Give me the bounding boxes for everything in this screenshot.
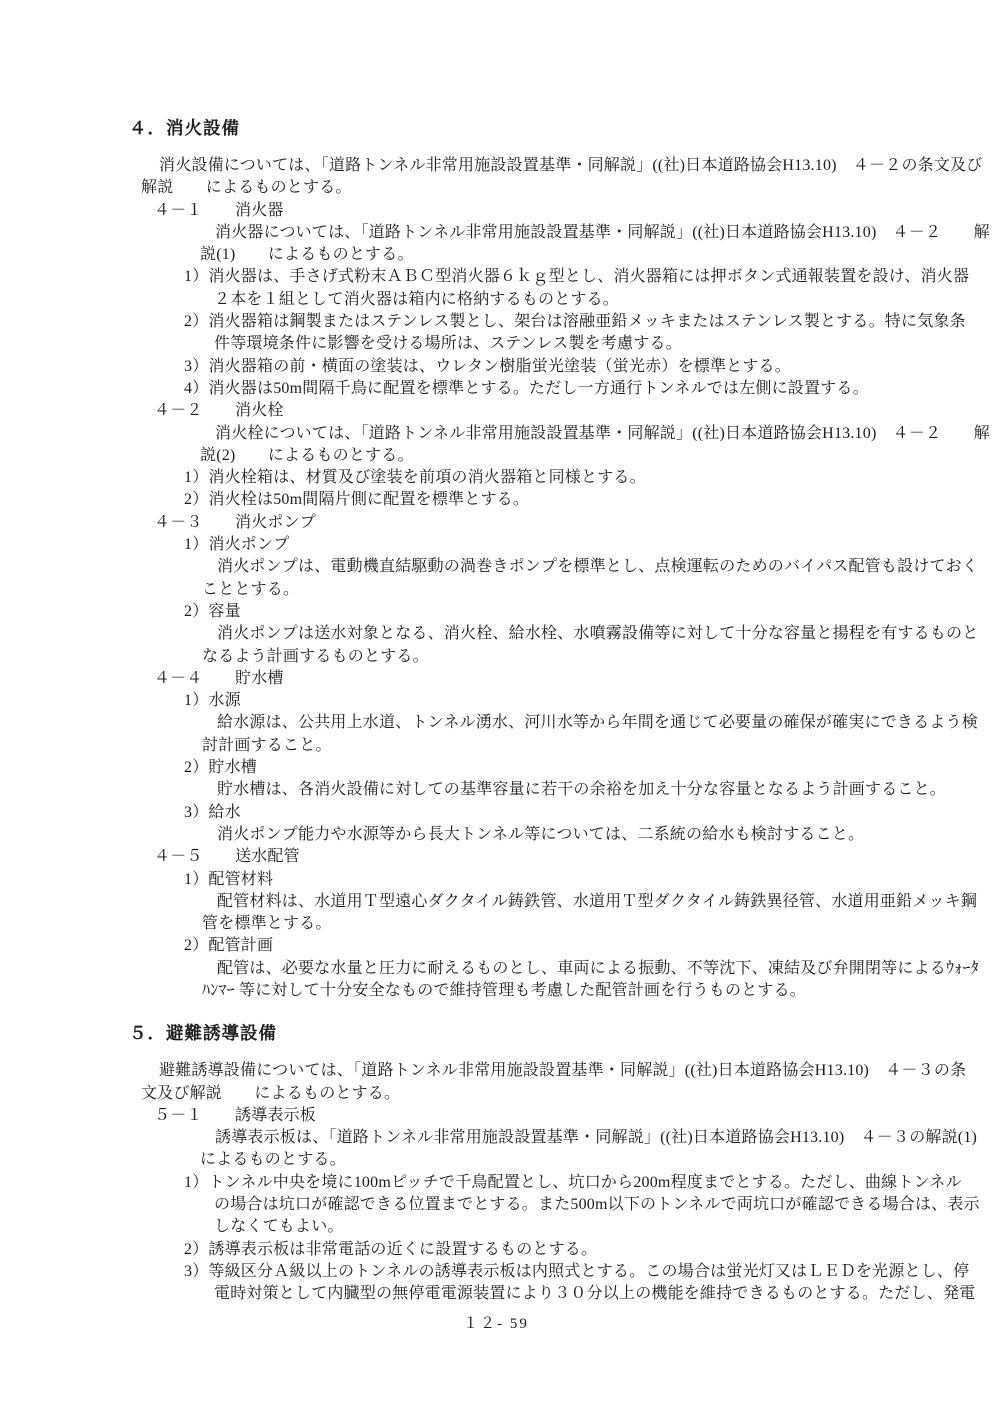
numbered-item: 2）容量 (184, 601, 992, 623)
text-line: 消火ポンプは、電動機直結駆動の渦巻きポンプを標準とし、点検運転のためのバイパス配… (217, 556, 992, 578)
numbered-item: 1）水源 (184, 690, 992, 712)
text-line: 解説 によるものとする。 (141, 177, 992, 199)
subsection-heading-4-2: ４－２ 消火栓 (154, 400, 992, 422)
numbered-item: 2）誘導表示板は非常電話の近くに設置するものとする。 (184, 1239, 992, 1261)
text-line: こととする。 (202, 579, 992, 601)
subsection-heading-4-1: ４－１ 消火器 (154, 200, 992, 222)
text-line: の場合は坑口が確認できる位置までとする。また500m以下のトンネルで両坑口が確認… (214, 1194, 992, 1216)
text-line: 説(1) によるものとする。 (200, 244, 992, 266)
subsection-heading-4-3: ４－３ 消火ポンプ (154, 512, 992, 534)
text-line: 討計画すること。 (202, 735, 992, 757)
numbered-item: 4）消火器は50m間隔千鳥に配置を標準とする。ただし一方通行トンネルでは左側に設… (184, 378, 992, 400)
text-line: 消火ポンプ能力や水源等から長大トンネル等については、二系統の給水も検討すること。 (217, 824, 992, 846)
numbered-item: 2）貯水槽 (184, 757, 992, 779)
subsection-heading-4-5: ４－５ 送水配管 (154, 846, 992, 868)
numbered-item: 1）消火ポンプ (184, 534, 992, 556)
text-line: によるものとする。 (200, 1149, 992, 1171)
numbered-item: 3）等級区分Ａ級以上のトンネルの誘導表示板は内照式とする。この場合は蛍光灯又はＬ… (184, 1261, 992, 1283)
section4-heading: ４．消火設備 (129, 116, 992, 140)
document-content: ４．消火設備 消火設備については、「道路トンネル非常用施設設置基準・同解説」((… (0, 0, 992, 1335)
text-line: 貯水槽は、各消火設備に対しての基準容量に若干の余裕を加え十分な容量となるよう計画… (217, 779, 992, 801)
numbered-item: 1）消火栓箱は、材質及び塗装を前項の消火器箱と同様とする。 (184, 467, 992, 489)
text-line: しなくてもよい。 (214, 1216, 992, 1238)
numbered-item: 2）消火栓は50m間隔片側に配置を標準とする。 (184, 489, 992, 511)
numbered-item: 2）消火器箱は鋼製またはステンレス製とし、架台は溶融亜鉛メッキまたはステンレス製… (184, 311, 992, 333)
section5-heading: ５．避難誘導設備 (129, 1021, 992, 1045)
text-line: 配管は、必要な水量と圧力に耐えるものとし、車両による振動、不等沈下、凍結及び弁開… (217, 958, 992, 980)
text-line: 誘導表示板は、「道路トンネル非常用施設設置基準・同解説」((社)日本道路協会H1… (215, 1127, 992, 1149)
text-line: 消火設備については、「道路トンネル非常用施設設置基準・同解説」((社)日本道路協… (159, 155, 992, 177)
text-line: 配管材料は、水道用Ｔ型遠心ダクタイル鋳鉄管、水道用Ｔ型ダクタイル鋳鉄異径管、水道… (217, 891, 992, 913)
document-page: ４．消火設備 消火設備については、「道路トンネル非常用施設設置基準・同解説」((… (0, 0, 992, 1403)
numbered-item: 3）消火器箱の前・横面の塗装は、ウレタン樹脂蛍光塗装（蛍光赤）を標準とする。 (184, 356, 992, 378)
text-line: 説(2) によるものとする。 (200, 445, 992, 467)
text-line: 電時対策として内臓型の無停電電源装置により３０分以上の機能を維持できるものとする… (214, 1283, 992, 1305)
page-number: １２- 59 (0, 1313, 992, 1335)
text-line: 給水源は、公共用上水道、トンネル湧水、河川水等から年間を通じて必要量の確保が確実… (217, 712, 992, 734)
numbered-item: 1）トンネル中央を境に100mピッチで千鳥配置とし、坑口から200m程度までとす… (184, 1172, 992, 1194)
subsection-heading-4-4: ４－４ 貯水槽 (154, 668, 992, 690)
numbered-item: 1）配管材料 (184, 869, 992, 891)
text-line: 件等環境条件に影響を受ける場所は、ステンレス製を考慮する。 (214, 333, 992, 355)
text-line: 消火器については、「道路トンネル非常用施設設置基準・同解説」((社)日本道路協会… (215, 222, 992, 244)
text-line: 消火栓については、「道路トンネル非常用施設設置基準・同解説」((社)日本道路協会… (215, 423, 992, 445)
text-line: ﾊﾝﾏｰ 等に対して十分安全なもので維持管理も考慮した配管計画を行うものとする。 (202, 980, 992, 1002)
text-line: 管を標準とする。 (202, 913, 992, 935)
numbered-item: 2）配管計画 (184, 935, 992, 957)
text-line: ２本を１組として消火器は箱内に格納するものとする。 (214, 289, 992, 311)
text-line: 消火ポンプは送水対象となる、消火栓、給水栓、水噴霧設備等に対して十分な容量と揚程… (217, 623, 992, 645)
text-line: 避難誘導設備については、「道路トンネル非常用施設設置基準・同解説」((社)日本道… (159, 1060, 992, 1082)
numbered-item: 1）消火器は、手さげ式粉末ＡＢＣ型消火器６ｋｇ型とし、消火器箱には押ボタン式通報… (184, 266, 992, 288)
text-line: なるよう計画するものとする。 (202, 646, 992, 668)
numbered-item: 3）給水 (184, 802, 992, 824)
text-line: 文及び解説 によるものとする。 (141, 1083, 992, 1105)
subsection-heading-5-1: ５－１ 誘導表示板 (154, 1105, 992, 1127)
